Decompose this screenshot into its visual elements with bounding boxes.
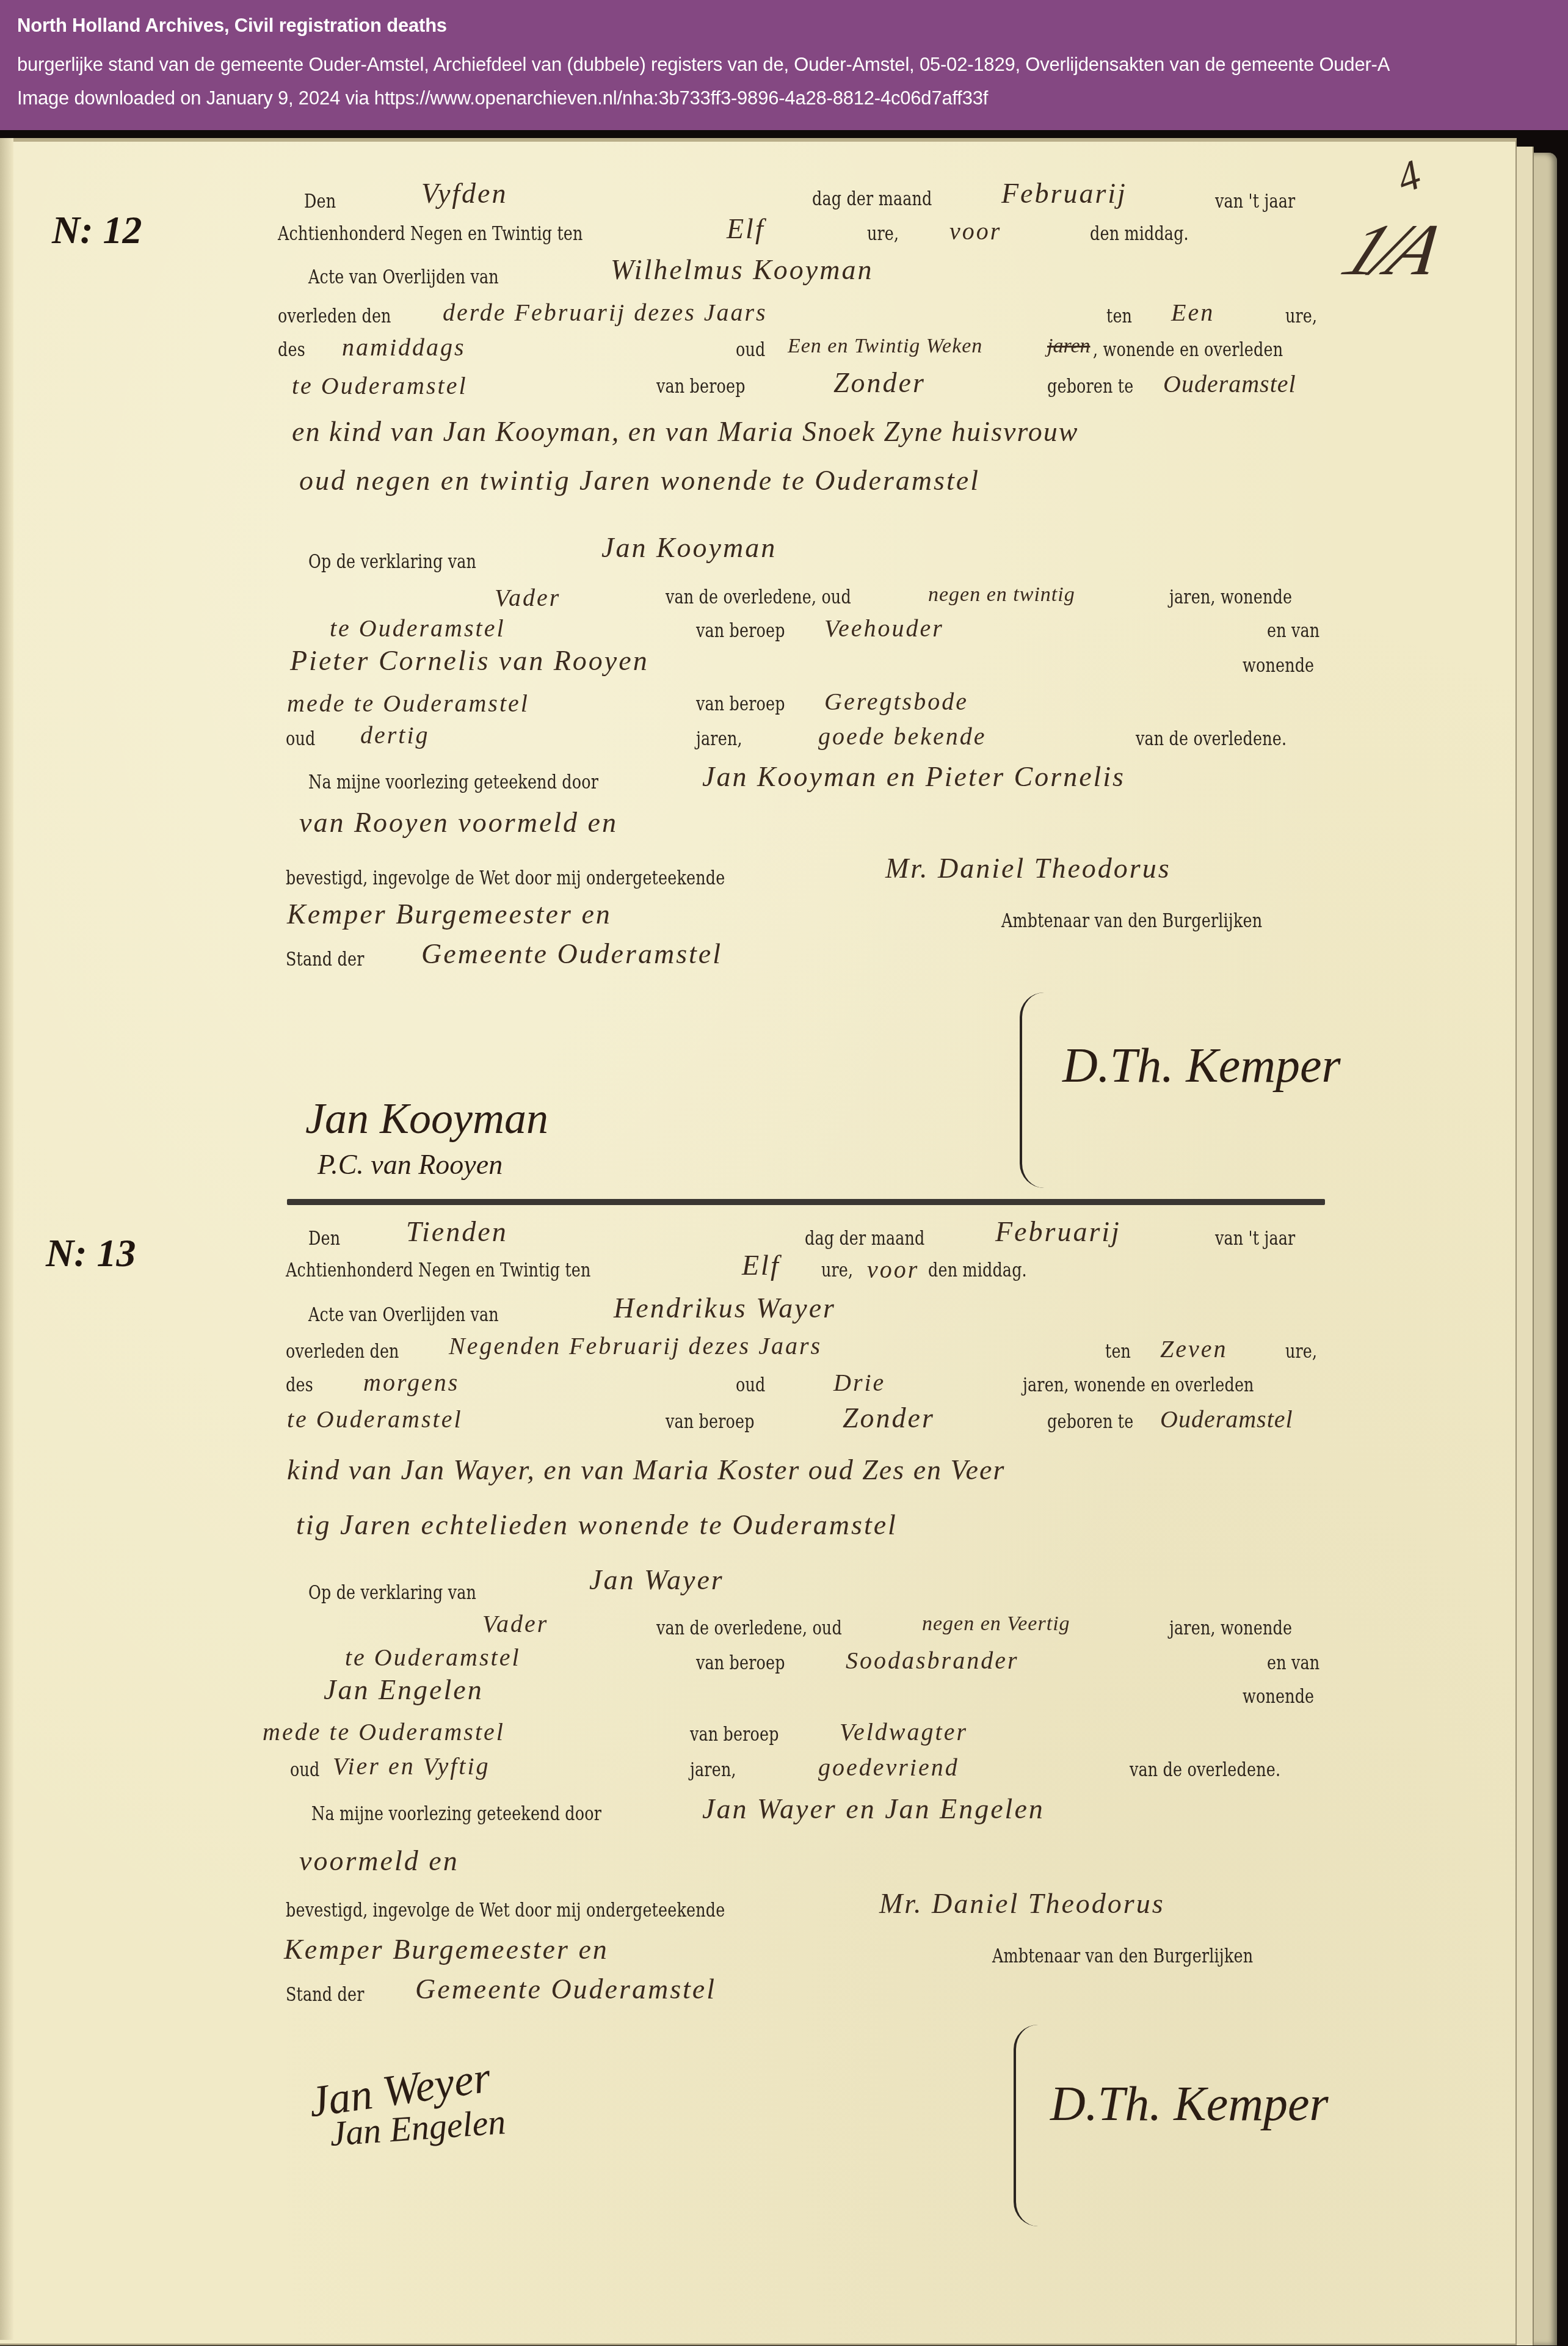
form-en-van: en van [1267,1652,1319,1674]
form-ten: ten [1105,1341,1131,1363]
birthplace: Ouderamstel [1160,1405,1293,1433]
form-acte: Acte van Overlijden van [308,266,499,288]
residence: te Ouderamstel [287,1405,463,1433]
record-separator [287,1199,1325,1205]
signature-brace [1014,2025,1040,2226]
record-hour: Elf [742,1249,780,1281]
form-jaren-wonende-en-overleden: jaren, wonende en overleden [1023,1374,1254,1396]
declarant-2-residence: mede te Ouderamstel [263,1718,505,1746]
declarant-2-residence: mede te Ouderamstel [287,689,529,718]
form-na-mijne-voorlezing: Na mijne voorlezing geteekend door [311,1803,601,1825]
declarant-1-age: negen en twintig [928,583,1075,607]
official-line-2: Kemper Burgemeester en [287,898,612,930]
gemeente: Gemeente Ouderamstel [421,938,722,970]
death-part-of-day: morgens [363,1368,459,1397]
birthplace: Ouderamstel [1163,370,1296,398]
declarant-1-name: Jan Wayer [589,1564,724,1596]
death-hour: Zeven [1160,1335,1228,1363]
deceased-age: Een en Twintig Weken [788,335,982,358]
form-oud: oud [736,1374,765,1396]
form-overleden-den: overleden den [278,305,391,327]
form-des: des [278,339,305,361]
form-ambtenaar: Ambtenaar van den Burgerlijken [1001,910,1262,932]
form-en-van: en van [1267,620,1319,642]
form-den: Den [308,1228,340,1250]
form-wonende-en-overleden: , wonende en overleden [1093,339,1283,361]
form-ten: ten [1106,305,1132,327]
declarant-2-name: Jan Engelen [324,1674,484,1706]
signature-official: D.Th. Kemper [1050,2077,1329,2132]
parents-line-1: kind van Jan Wayer, en van Maria Koster … [287,1454,1005,1486]
parents-line-1: en kind van Jan Kooyman, en van Maria Sn… [292,415,1078,448]
form-jaren-wonende: jaren, wonende [1169,1617,1292,1639]
declarant-1-relation: Vader [495,583,561,612]
form-van-de-overledene-oud: van de overledene, oud [666,586,851,608]
archive-caption-bar: North Holland Archives, Civil registrati… [0,0,1568,130]
gemeente: Gemeente Ouderamstel [415,1973,716,2005]
form-van-de-overledene-oud: van de overledene, oud [656,1617,842,1639]
struck-word: jaren [1047,335,1091,358]
death-hour: Een [1171,298,1214,327]
declarant-2-occupation: Geregtsbode [824,687,968,716]
form-ure: ure, [1285,1341,1317,1363]
deceased-age: Drie [833,1368,885,1397]
form-year-line: Achtienhonderd Negen en Twintig ten [278,223,583,245]
form-ure: ure, [867,223,899,245]
record-time-of-day: voor [949,217,1001,246]
form-bevestigd: bevestigd, ingevolge de Wet door mij ond… [286,867,725,889]
declarant-2-relation: goede bekende [818,722,987,751]
record-number: N: 13 [46,1231,136,1276]
form-geboren-te: geboren te [1047,376,1133,398]
occupation: Zonder [843,1402,935,1434]
parents-line-2: tig Jaren echtelieden wonende te Ouderam… [296,1509,898,1541]
form-van-beroep: van beroep [656,376,746,398]
deceased-name: Hendrikus Wayer [614,1292,836,1324]
caption-download-line: Image downloaded on January 9, 2024 via … [17,87,988,109]
form-dag-der-maand: dag der maand [805,1228,925,1250]
form-van-beroep: van beroep [690,1724,779,1746]
form-year-line: Achtienhonderd Negen en Twintig ten [286,1259,591,1281]
signature-declarant-2: P.C. van Rooyen [318,1148,503,1181]
form-ure: ure, [1285,305,1317,327]
occupation: Zonder [833,366,926,399]
signed-by-line-2: van Rooyen voormeld en [299,806,618,839]
record-number: N: 12 [52,208,142,253]
form-van-de-overledene: van de overledene. [1130,1759,1280,1781]
record-month: Februarij [995,1215,1121,1248]
form-jaren-wonende: jaren, wonende [1169,586,1292,608]
form-van-beroep: van beroep [696,693,785,715]
declarant-2-age: dertig [360,721,430,749]
declarant-1-occupation: Veehouder [824,614,944,643]
form-van-de-overledene: van de overledene. [1136,728,1287,750]
form-wonende: wonende [1243,1686,1314,1708]
declarant-1-age: negen en Veertig [922,1612,1070,1636]
record-hour: Elf [727,213,765,245]
declarant-1-name: Jan Kooyman [601,531,777,564]
form-van-beroep: van beroep [666,1411,755,1433]
form-ambtenaar: Ambtenaar van den Burgerlijken [992,1945,1253,1967]
form-oud: oud [286,728,315,750]
declarant-1-relation: Vader [482,1609,548,1638]
death-date: Negenden Februarij dezes Jaars [449,1331,822,1360]
form-jaren: jaren, [696,728,742,750]
form-van-beroep: van beroep [696,620,785,642]
declarant-2-name: Pieter Cornelis van Rooyen [290,644,649,677]
form-wonende: wonende [1243,655,1314,677]
form-stand-der: Stand der [286,949,364,971]
form-ure: ure, [821,1259,853,1281]
caption-title: North Holland Archives, Civil registrati… [17,15,447,37]
form-van-t-jaar: van 't jaar [1215,191,1295,213]
form-oud: oud [290,1759,319,1781]
form-den: Den [304,191,336,213]
parents-line-2: oud negen en twintig Jaren wonende te Ou… [299,464,980,497]
declarant-1-residence: te Ouderamstel [330,614,506,643]
declarant-1-occupation: Soodasbrander [846,1646,1018,1675]
death-part-of-day: namiddags [342,333,466,362]
form-geboren-te: geboren te [1047,1411,1133,1433]
form-dag-der-maand: dag der maand [812,188,932,210]
form-op-de-verklaring: Op de verklaring van [308,1582,476,1604]
signature-brace [1020,993,1047,1188]
caption-description: burgerlijke stand van de gemeente Ouder-… [17,54,1390,76]
form-overleden-den: overleden den [286,1341,399,1363]
official-line-1: Mr. Daniel Theodorus [879,1887,1165,1920]
form-van-beroep: van beroep [696,1652,785,1674]
form-jaren: jaren, [690,1759,736,1781]
record-day: Tienden [406,1215,508,1248]
form-acte: Acte van Overlijden van [308,1304,499,1326]
signed-by-line-2: voormeld en [299,1845,459,1877]
declarant-2-occupation: Veldwagter [840,1718,968,1746]
signed-by-line-1: Jan Kooyman en Pieter Cornelis [702,760,1125,793]
form-op-de-verklaring: Op de verklaring van [308,551,476,573]
form-bevestigd: bevestigd, ingevolge de Wet door mij ond… [286,1900,725,1922]
form-den-middag: den middag. [928,1259,1027,1281]
signature-declarant-1: Jan Kooyman [305,1093,548,1144]
record-month: Februarij [1001,177,1127,209]
form-stand-der: Stand der [286,1984,364,2006]
declarant-1-residence: te Ouderamstel [345,1643,521,1672]
declarant-2-relation: goedevriend [818,1753,959,1782]
form-na-mijne-voorlezing: Na mijne voorlezing geteekend door [308,771,598,793]
form-des: des [286,1374,313,1396]
signed-by-line-1: Jan Wayer en Jan Engelen [702,1793,1045,1825]
binding-gutter [0,138,13,2340]
residence: te Ouderamstel [292,371,468,400]
signature-official: D.Th. Kemper [1062,1038,1341,1094]
form-den-middag: den middag. [1090,223,1189,245]
death-date: derde Februarij dezes Jaars [443,298,768,327]
record-time-of-day: voor [867,1255,919,1284]
deceased-name: Wilhelmus Kooyman [611,253,873,286]
form-oud: oud [736,339,765,361]
record-day: Vyfden [421,177,508,209]
official-line-1: Mr. Daniel Theodorus [885,852,1171,884]
declarant-2-age: Vier en Vyftig [333,1752,490,1780]
form-van-t-jaar: van 't jaar [1215,1228,1295,1250]
official-line-2: Kemper Burgemeester en [284,1933,609,1965]
